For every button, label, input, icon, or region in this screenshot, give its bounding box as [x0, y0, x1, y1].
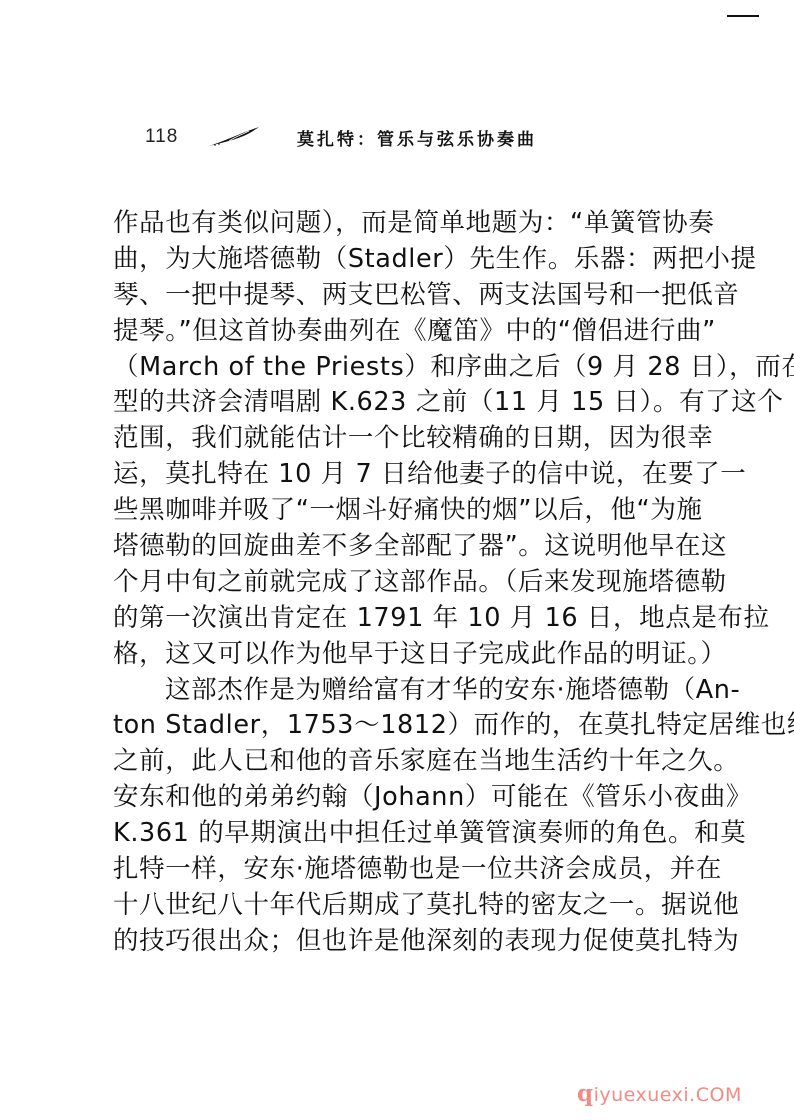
- text-line: 型的共济会清唱剧 K.623 之前（11 月 15 日）。有了这个: [113, 385, 678, 421]
- watermark-logo-q: q: [577, 1080, 594, 1107]
- text-line: 格，这又可以作为他早于这日子完成此作品的明证。）: [113, 637, 678, 673]
- watermark-text: iyuexuexi.COM: [594, 1084, 742, 1106]
- text-line: 之前，此人已和他的音乐家庭在当地生活约十年之久。: [113, 744, 678, 780]
- corner-rule: [727, 15, 759, 17]
- text-line: 的第一次演出肯定在 1791 年 10 月 16 日，地点是布拉: [113, 601, 678, 637]
- text-line: 琴、一把中提琴、两支巴松管、两支法国号和一把低音: [113, 278, 678, 314]
- text-line: 曲，为大施塔德勒（Stadler）先生作。乐器：两把小提: [113, 242, 678, 278]
- text-line: K.361 的早期演出中担任过单簧管演奏师的角色。和莫: [113, 816, 678, 852]
- text-line: 十八世纪八十年代后期成了莫扎特的密友之一。据说他: [113, 888, 678, 924]
- text-line: 提琴。”但这首协奏曲列在《魔笛》中的“僧侣进行曲”: [113, 314, 678, 350]
- text-line: 塔德勒的回旋曲差不多全部配了器”。这说明他早在这: [113, 529, 678, 565]
- text-line: 扎特一样，安东·施塔德勒也是一位共济会成员，并在: [113, 852, 678, 888]
- text-line: 的技巧很出众；但也许是他深刻的表现力促使莫扎特为: [113, 924, 678, 960]
- quill-icon: [207, 125, 263, 149]
- text-line: 些黑咖啡并吸了“一烟斗好痛快的烟”以后，他“为施: [113, 493, 678, 529]
- text-line: 个月中旬之前就完成了这部作品。（后来发现施塔德勒: [113, 565, 678, 601]
- text-line: 范围，我们就能估计一个比较精确的日期，因为很幸: [113, 421, 678, 457]
- text-line: （March of the Priests）和序曲之后（9 月 28 日），而在…: [113, 350, 678, 386]
- text-line: 运，莫扎特在 10 月 7 日给他妻子的信中说，在要了一: [113, 457, 678, 493]
- text-line: 安东和他的弟弟约翰（Johann）可能在《管乐小夜曲》: [113, 780, 678, 816]
- header-title: 莫扎特：管乐与弦乐协奏曲: [297, 125, 537, 150]
- running-header: 118 莫扎特：管乐与弦乐协奏曲: [145, 122, 665, 152]
- paragraph-start-line: 这部杰作是为赠给富有才华的安东·施塔德勒（An-: [113, 673, 678, 709]
- watermark: qiyuexuexi.COM: [577, 1080, 742, 1107]
- text-line: ton Stadler，1753～1812）而作的，在莫扎特定居维也纳: [113, 708, 678, 744]
- page-number: 118: [145, 126, 207, 148]
- text-line: 作品也有类似问题），而是简单地题为：“单簧管协奏: [113, 206, 678, 242]
- body-text: 作品也有类似问题），而是简单地题为：“单簧管协奏 曲，为大施塔德勒（Stadle…: [113, 206, 678, 960]
